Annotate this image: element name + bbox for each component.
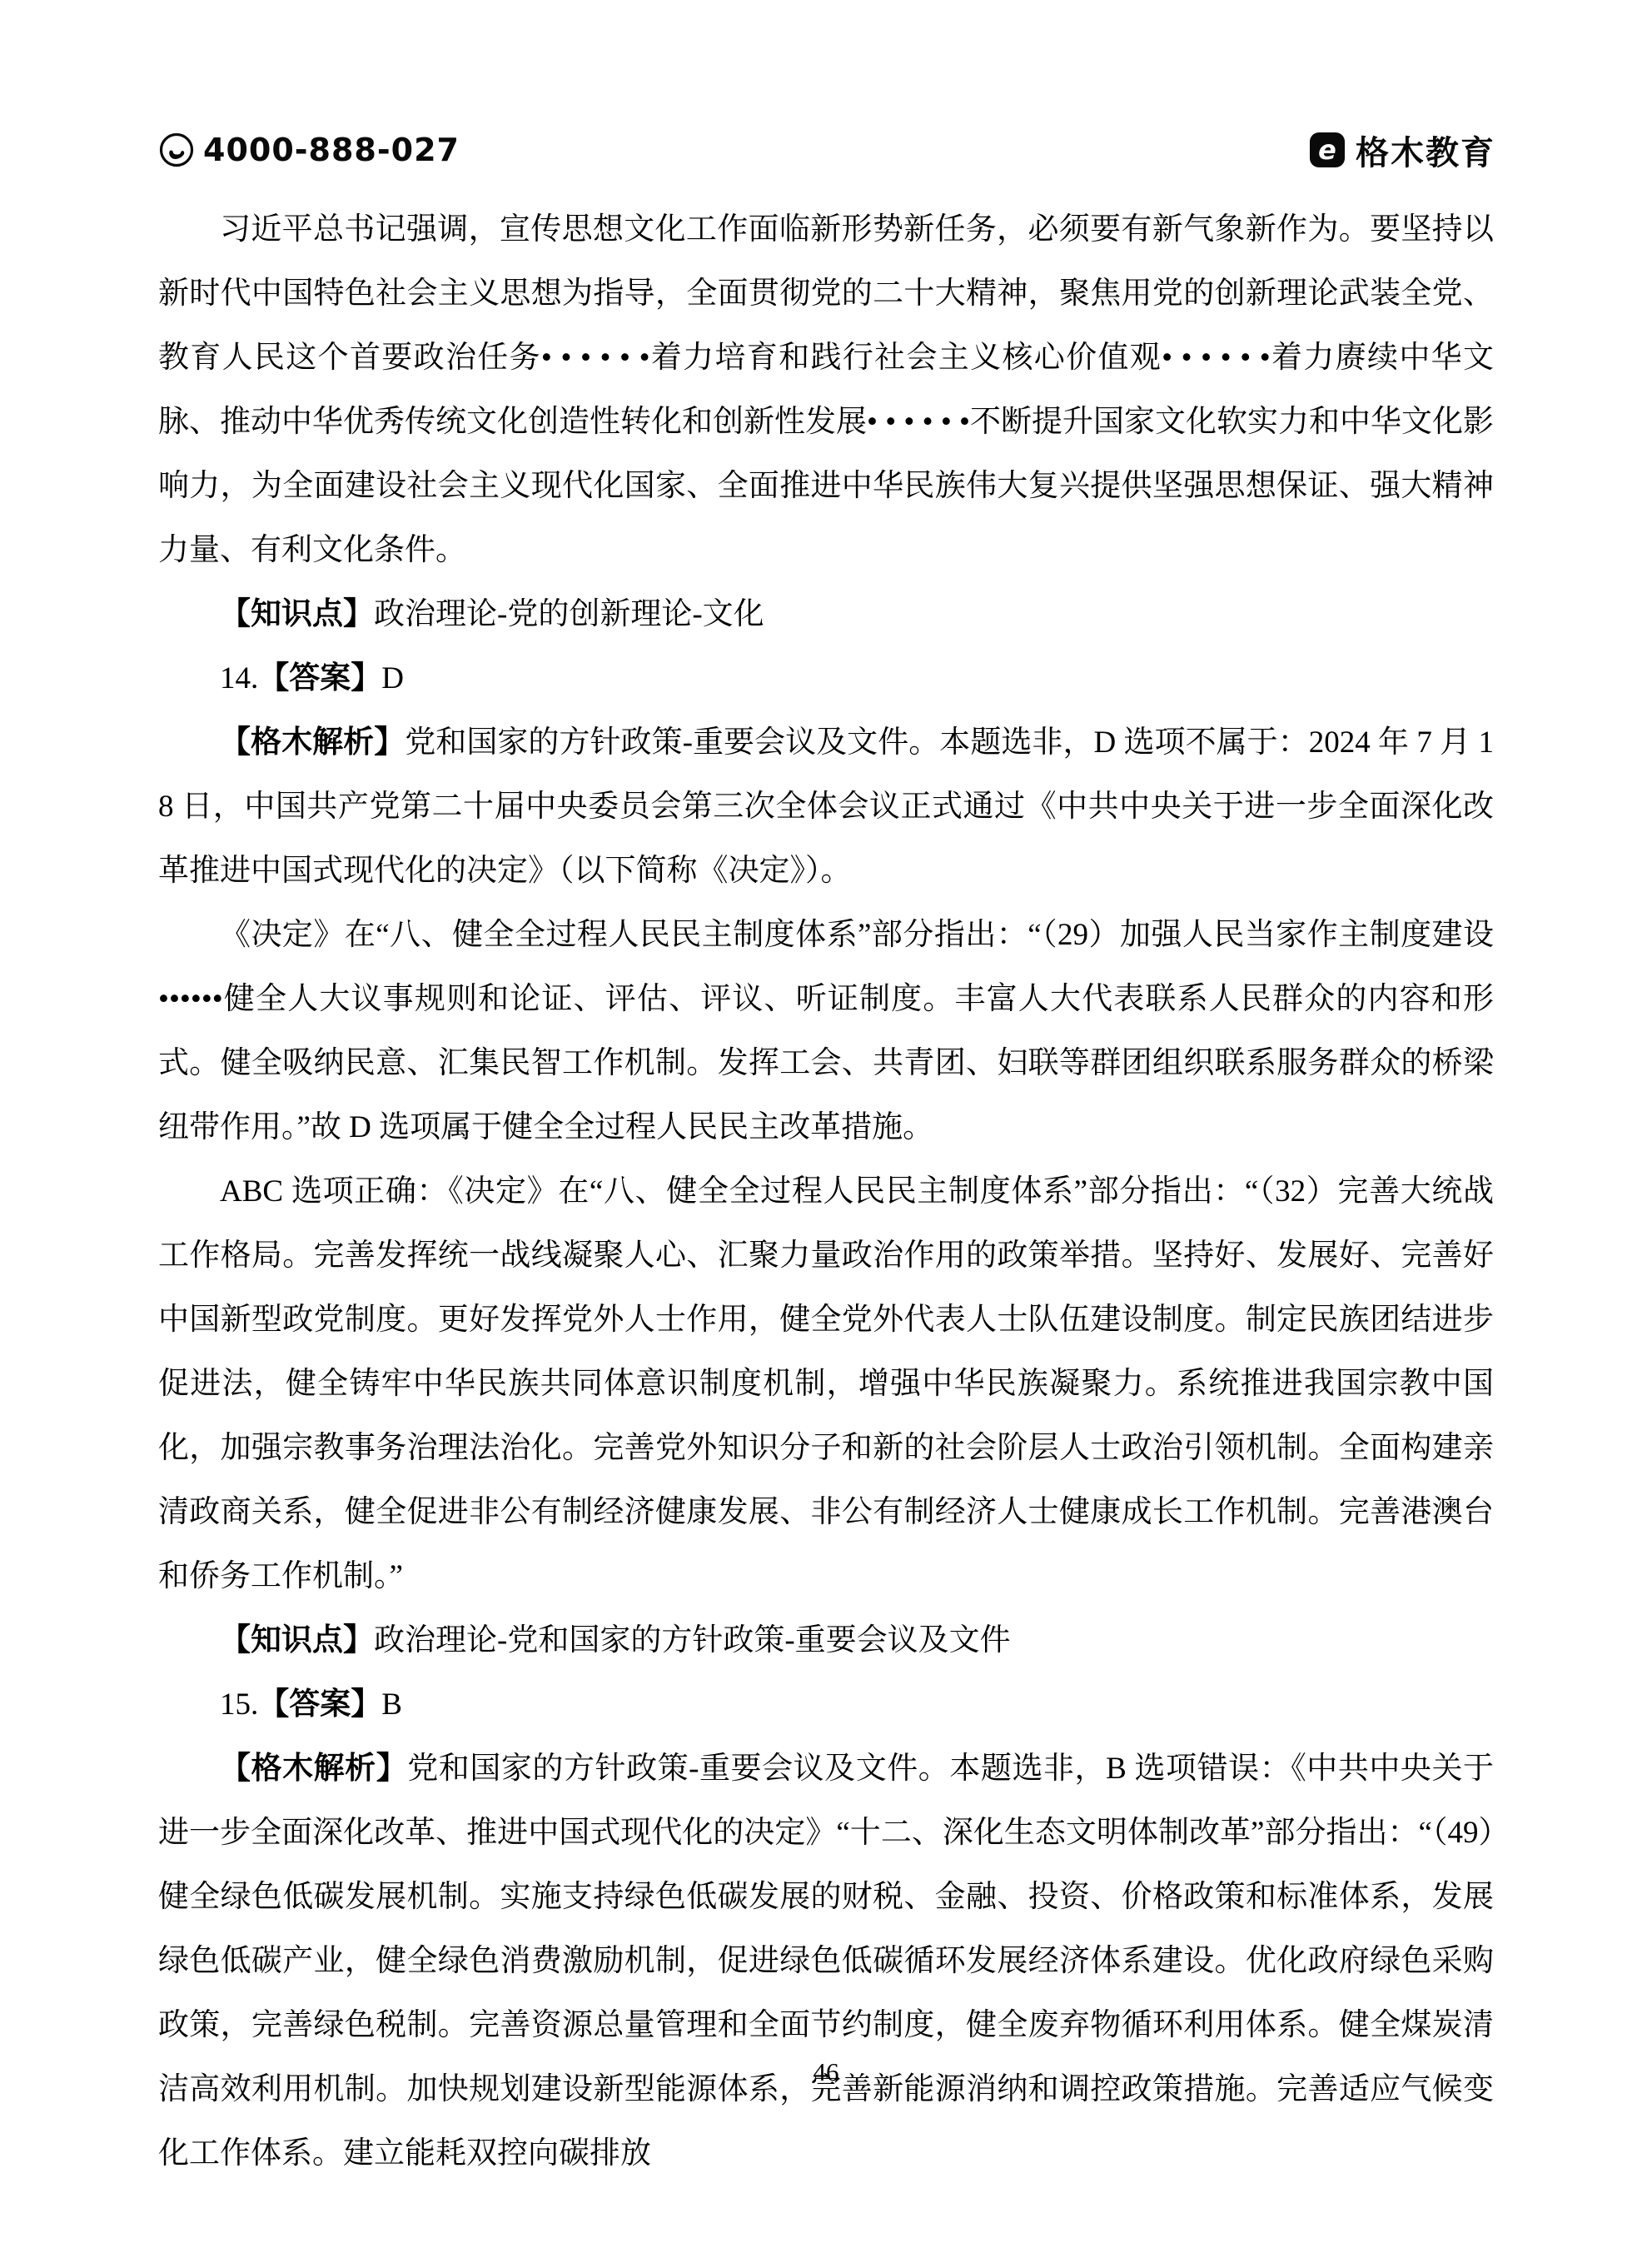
phone-block: 4000-888-027 (158, 132, 460, 168)
analysis-label: 【格木解析】 (220, 725, 405, 760)
answer-line-15: 15.【答案】B (158, 1672, 1494, 1737)
answer-label: 【答案】 (258, 661, 381, 695)
answer-line-14: 14.【答案】D (158, 646, 1494, 710)
document-body: 习近平总书记强调，宣传思想文化工作面临新形势新任务，必须要有新气象新作为。要坚持… (158, 197, 1494, 2186)
analysis-15-paragraph-1: 【格木解析】党和国家的方针政策-重要会议及文件。本题选非，B 选项错误：《中共中… (158, 1737, 1494, 2186)
knowledge-point-2: 【知识点】政治理论-党和国家的方针政策-重要会议及文件 (158, 1608, 1494, 1672)
knowledge-point-1: 【知识点】政治理论-党的创新理论-文化 (158, 582, 1494, 646)
paragraph-intro: 习近平总书记强调，宣传思想文化工作面临新形势新任务，必须要有新气象新作为。要坚持… (158, 197, 1494, 582)
phone-number: 4000-888-027 (203, 132, 460, 168)
analysis-label: 【格木解析】 (220, 1752, 407, 1786)
brand-block: e 格木教育 (1309, 127, 1495, 174)
knowledge-point-label: 【知识点】 (220, 1623, 374, 1657)
page-number: 46 (814, 2057, 839, 2086)
document-page: 4000-888-027 e 格木教育 习近平总书记强调，宣传思想文化工作面临新… (0, 0, 1652, 2243)
answer-label: 【答案】 (258, 1687, 381, 1722)
analysis-14-paragraph-2: 《决定》在“八、健全全过程人民民主制度体系”部分指出：“（29）加强人民当家作主… (158, 903, 1494, 1159)
analysis-14-paragraph-3: ABC 选项正确：《决定》在“八、健全全过程人民民主制度体系”部分指出：“（32… (158, 1159, 1494, 1608)
svg-text:e: e (1318, 134, 1336, 166)
analysis-14-paragraph-1: 【格木解析】党和国家的方针政策-重要会议及文件。本题选非，D 选项不属于：202… (158, 710, 1494, 903)
phone-icon (158, 132, 195, 168)
answer-value-15: B (381, 1687, 402, 1722)
brand-name: 格木教育 (1356, 127, 1495, 174)
brand-logo-icon: e (1309, 132, 1346, 168)
page-footer: 46 (0, 2054, 1652, 2091)
knowledge-point-label: 【知识点】 (220, 597, 374, 631)
page-header: 4000-888-027 e 格木教育 (158, 127, 1495, 173)
answer-value-14: D (381, 661, 404, 695)
